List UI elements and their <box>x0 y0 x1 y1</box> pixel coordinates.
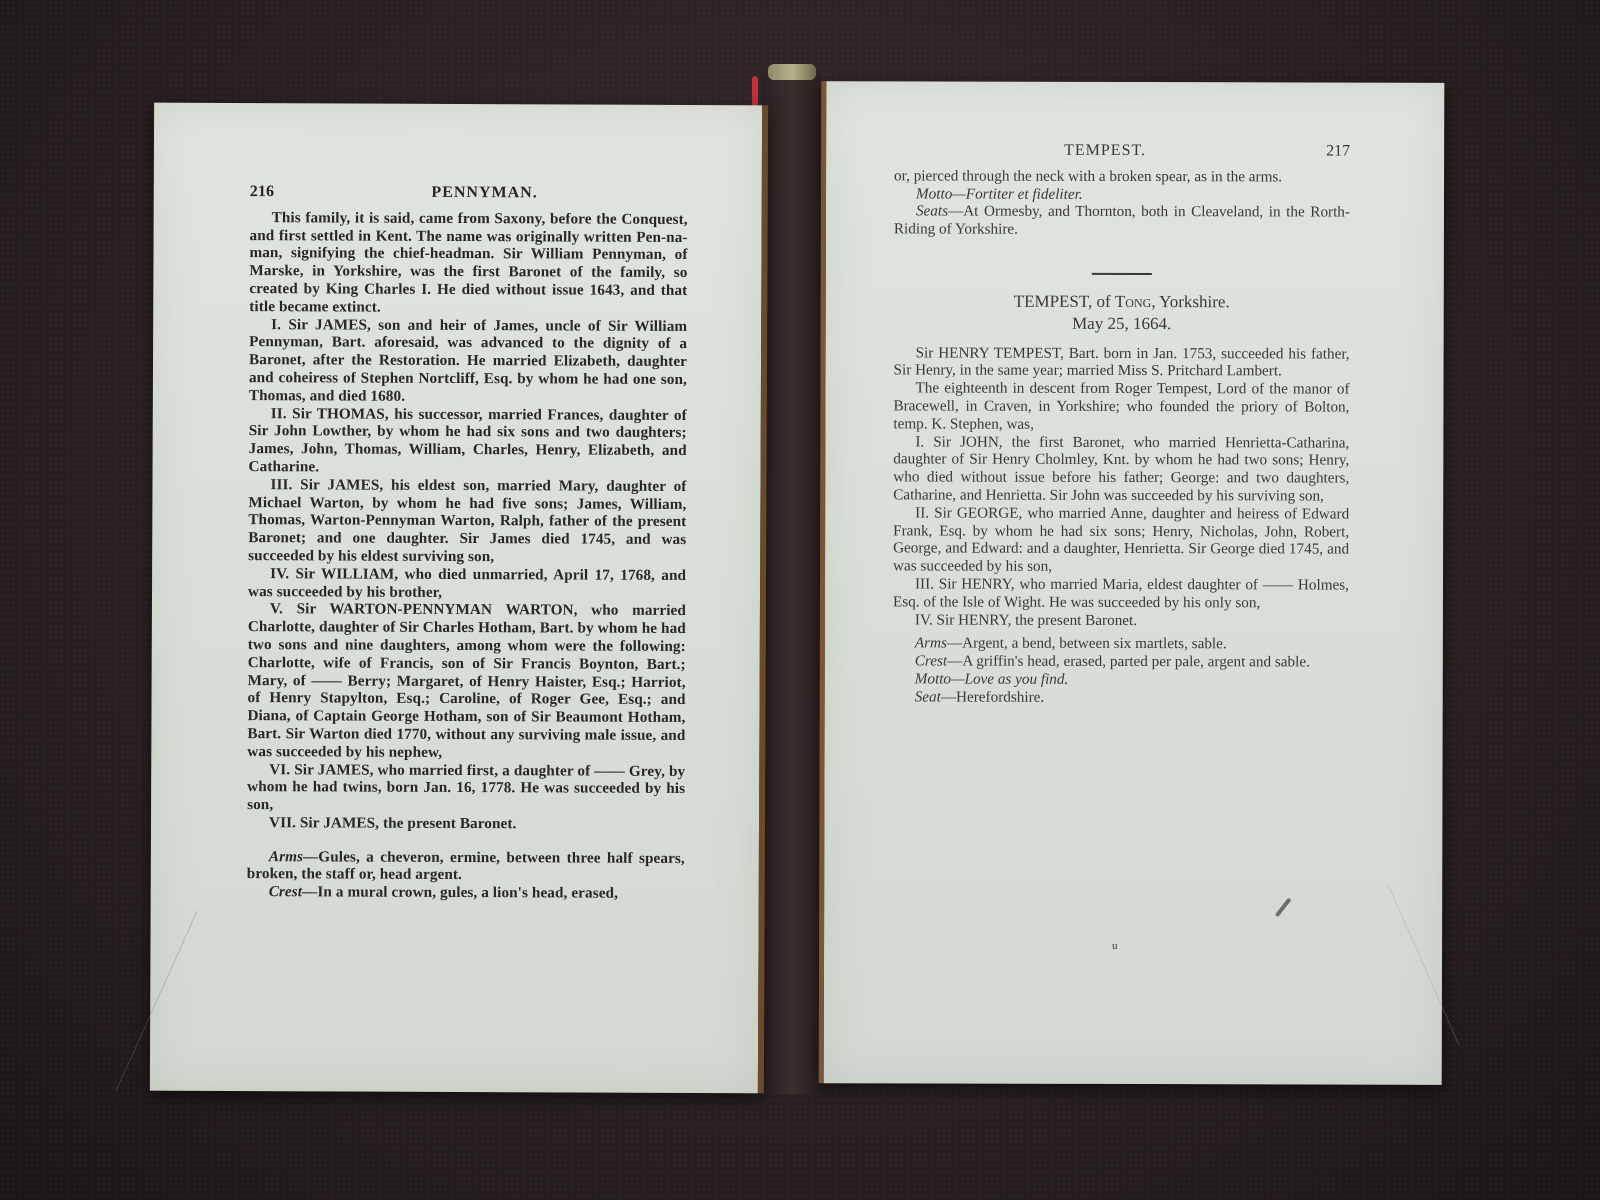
binding-thread <box>768 64 816 80</box>
signature-mark: u <box>1112 940 1118 952</box>
paragraph: IV. Sir WILLIAM, who died unmarried, Apr… <box>248 565 686 603</box>
paragraph: II. Sir GEORGE, who married Anne, daught… <box>893 504 1349 576</box>
page-number: 216 <box>250 183 274 201</box>
pencil-mark <box>1275 898 1292 918</box>
section-heading: TEMPEST, of Tong, Yorkshire. <box>894 292 1350 311</box>
seat-entry: Seat—Herefordshire. <box>893 688 1349 707</box>
right-page: TEMPEST. 217 or, pierced through the nec… <box>819 81 1445 1085</box>
running-title: TEMPEST. <box>1064 142 1146 160</box>
arms-entry: Arms—Gules, a cheveron, ermine, between … <box>247 848 685 886</box>
paragraph: III. Sir JAMES, his eldest son, married … <box>248 476 686 567</box>
paragraph: This family, it is said, came from Saxon… <box>249 209 687 318</box>
arms-label: Arms <box>269 848 303 865</box>
running-head: TEMPEST. 217 <box>894 141 1350 160</box>
paragraph: I. Sir JOHN, the first Baronet, who marr… <box>893 433 1349 505</box>
paragraph: I. Sir JAMES, son and heir of James, unc… <box>249 316 687 407</box>
crest-entry: Crest—In a mural crown, gules, a lion's … <box>247 883 685 903</box>
paragraph: III. Sir HENRY, who married Maria, eldes… <box>893 575 1349 612</box>
paragraph: The eighteenth in descent from Roger Tem… <box>893 380 1349 435</box>
motto-entry: Motto—Love as you find. <box>893 670 1349 689</box>
motto-entry: Motto—Fortiter et fideliter. <box>894 185 1350 204</box>
section-date: May 25, 1664. <box>894 314 1350 333</box>
paragraph: V. Sir WARTON-PENNYMAN WARTON, who marri… <box>247 600 686 762</box>
running-head: 216 PENNYMAN. <box>250 183 688 203</box>
section-divider <box>1092 273 1152 275</box>
page-number: 217 <box>1326 143 1350 161</box>
paragraph: IV. Sir HENRY, the present Baronet. <box>893 611 1349 630</box>
left-page-text: 216 PENNYMAN. This family, it is said, c… <box>247 183 688 903</box>
left-page: 216 PENNYMAN. This family, it is said, c… <box>150 103 768 1094</box>
paragraph: VII. Sir JAMES, the present Baronet. <box>247 814 685 834</box>
arms-entry: Arms—Argent, a bend, between six martlet… <box>893 635 1349 654</box>
paragraph: VI. Sir JAMES, who married first, a daug… <box>247 761 685 816</box>
continuation-text: or, pierced through the neck with a brok… <box>894 167 1350 186</box>
paragraph: II. Sir THOMAS, his successor, married F… <box>249 405 687 478</box>
book-spine <box>762 74 820 1094</box>
page-crease <box>1308 884 1460 1044</box>
paragraph: Sir HENRY TEMPEST, Bart. born in Jan. 17… <box>894 344 1350 381</box>
crest-label: Crest <box>269 883 302 900</box>
crest-entry: Crest—A griffin's head, erased, parted p… <box>893 653 1349 672</box>
right-page-text: TEMPEST. 217 or, pierced through the nec… <box>893 141 1350 707</box>
running-title: PENNYMAN. <box>431 184 537 202</box>
seats-entry: Seats—At Ormesby, and Thornton, both in … <box>894 203 1350 240</box>
